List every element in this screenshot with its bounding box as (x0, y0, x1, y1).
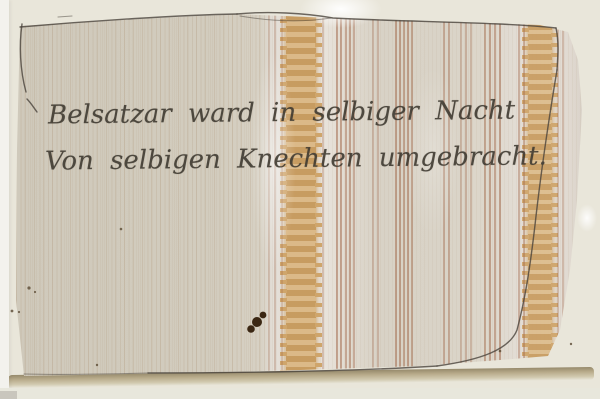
wallpaper-pinstripe (411, 10, 413, 382)
wallpaper-pinstripe (499, 10, 501, 382)
wallpaper-pinstripe (336, 10, 338, 382)
pinstripe-layer (16, 10, 586, 382)
wallpaper-pinstripe (377, 10, 379, 382)
wallpaper-pinstripe (489, 10, 491, 382)
mat-edge-left (0, 0, 9, 399)
wallpaper-pinstripe (322, 10, 324, 382)
wallpaper-pinstripe (523, 10, 525, 382)
handwriting-line-1: Belsatzar ward in selbiger Nacht (48, 98, 515, 129)
wallpaper-pinstripe (484, 10, 486, 382)
framed-manuscript-photo: Belsatzar ward in selbiger Nacht Von sel… (0, 0, 600, 399)
wallpaper-pinstripe (340, 10, 342, 382)
wallpaper-pinstripe (460, 10, 462, 382)
wallpaper-pinstripe (518, 10, 520, 382)
wallpaper-pinstripe (557, 10, 559, 382)
wallpaper-pinstripe (443, 10, 445, 382)
handwriting-line-2: Von selbigen Knechten umgebracht. (45, 143, 547, 174)
wallpaper-pinstripe (281, 10, 283, 382)
wallpaper-pinstripe (403, 10, 405, 382)
wallpaper-pinstripe (372, 10, 374, 382)
wallpaper-pinstripe (349, 10, 351, 382)
wallpaper-pinstripe (448, 10, 450, 382)
glass-glare-edge (577, 204, 597, 232)
wallpaper-fragment (16, 10, 586, 382)
wallpaper-pinstripe (353, 10, 355, 382)
wallpaper-pinstripe (470, 10, 472, 382)
wallpaper-pinstripe (494, 10, 496, 382)
wallpaper-pinstripe (399, 10, 401, 382)
wallpaper-pinstripe (465, 10, 467, 382)
wallpaper-pinstripe (274, 10, 276, 382)
mat-corner-shadow (0, 391, 17, 399)
mat-edge-bottom (0, 388, 600, 399)
wallpaper-pinstripe (407, 10, 409, 382)
wallpaper-pinstripe (268, 10, 270, 382)
wallpaper-pinstripe (395, 10, 397, 382)
wallpaper-pinstripe (562, 10, 564, 382)
wallpaper-pinstripe (345, 10, 347, 382)
